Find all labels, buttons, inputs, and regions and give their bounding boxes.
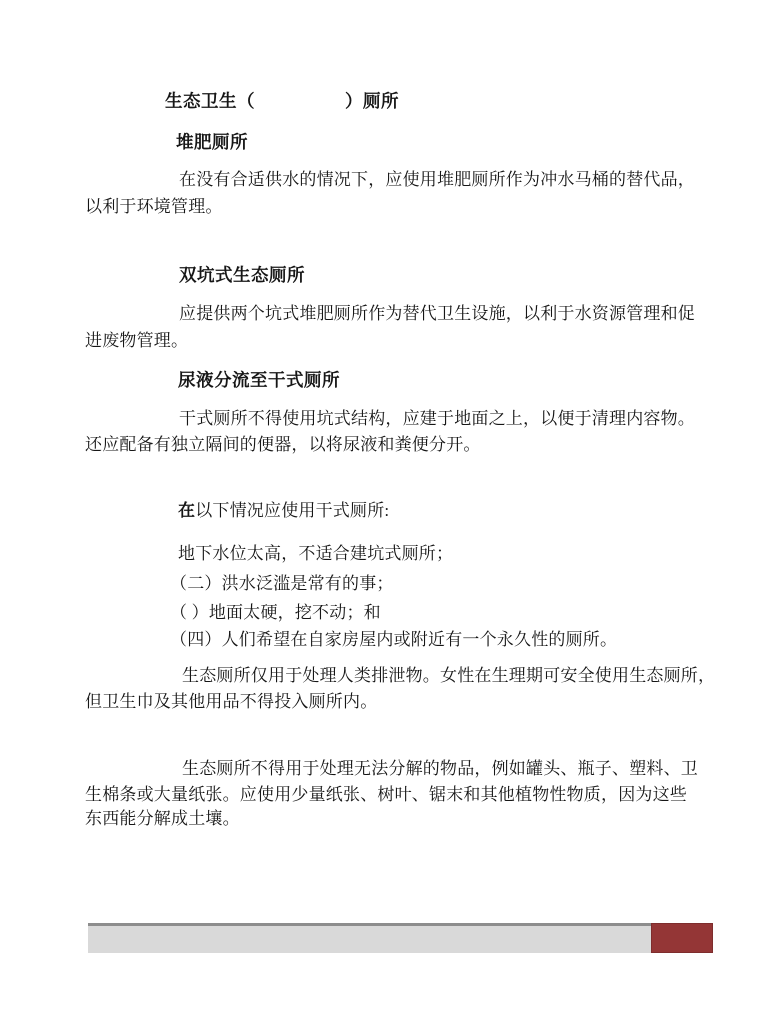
paragraph-line: 生棉条或大量纸张。应使用少量纸张、树叶、锯末和其他植物性物质，因为这些 <box>85 784 687 806</box>
document-page: 生态卫生（ ）厕所 堆肥厕所 在没有合适供水的情况下，应使用堆肥厕所作为冲水马桶… <box>0 0 768 1024</box>
paragraph-line: 以利于环境管理。 <box>85 196 223 218</box>
paragraph-line: 应提供两个坑式堆肥厕所作为替代卫生设施，以利于水资源管理和促 <box>179 303 695 325</box>
conditions-lead-rest: 以下情况应使用干式厕所: <box>195 501 389 520</box>
paragraph-line: 生态厕所仅用于处理人类排泄物。女性在生理期可安全使用生态厕所， <box>182 665 715 687</box>
list-item: （ ）地面太硬，挖不动；和 <box>170 602 381 624</box>
footer-bar-accent <box>651 923 713 953</box>
list-item: （四）人们希望在自家房屋内或附近有一个永久性的厕所。 <box>170 629 617 651</box>
paragraph-line: 东西能分解成土壤。 <box>85 808 240 830</box>
section-heading-composting-toilet: 堆肥厕所 <box>176 131 248 153</box>
paragraph-line: 进废物管理。 <box>85 330 188 352</box>
section-heading-urine-diversion: 尿液分流至干式厕所 <box>178 369 340 391</box>
section-heading-double-pit: 双坑式生态厕所 <box>179 264 305 286</box>
paragraph-line: 生态厕所不得用于处理无法分解的物品，例如罐头、瓶子、塑料、卫 <box>182 758 698 780</box>
footer-bar-gray <box>88 923 651 953</box>
list-item: （二）洪水泛滥是常有的事； <box>170 573 394 595</box>
conditions-lead-bold: 在 <box>178 501 195 520</box>
paragraph-line: 干式厕所不得使用坑式结构，应建于地面之上，以便于清理内容物。 <box>179 408 695 430</box>
list-item: 地下水位太高，不适合建坑式厕所； <box>178 543 453 565</box>
paragraph-line: 还应配备有独立隔间的便器，以将尿液和粪便分开。 <box>85 434 481 456</box>
paragraph-line: 但卫生巾及其他用品不得投入厕所内。 <box>85 691 377 713</box>
conditions-lead: 在以下情况应使用干式厕所: <box>178 500 389 522</box>
page-title: 生态卫生（ ）厕所 <box>165 90 399 112</box>
footer-image-bar <box>88 923 713 953</box>
paragraph-line: 在没有合适供水的情况下，应使用堆肥厕所作为冲水马桶的替代品， <box>179 169 695 191</box>
